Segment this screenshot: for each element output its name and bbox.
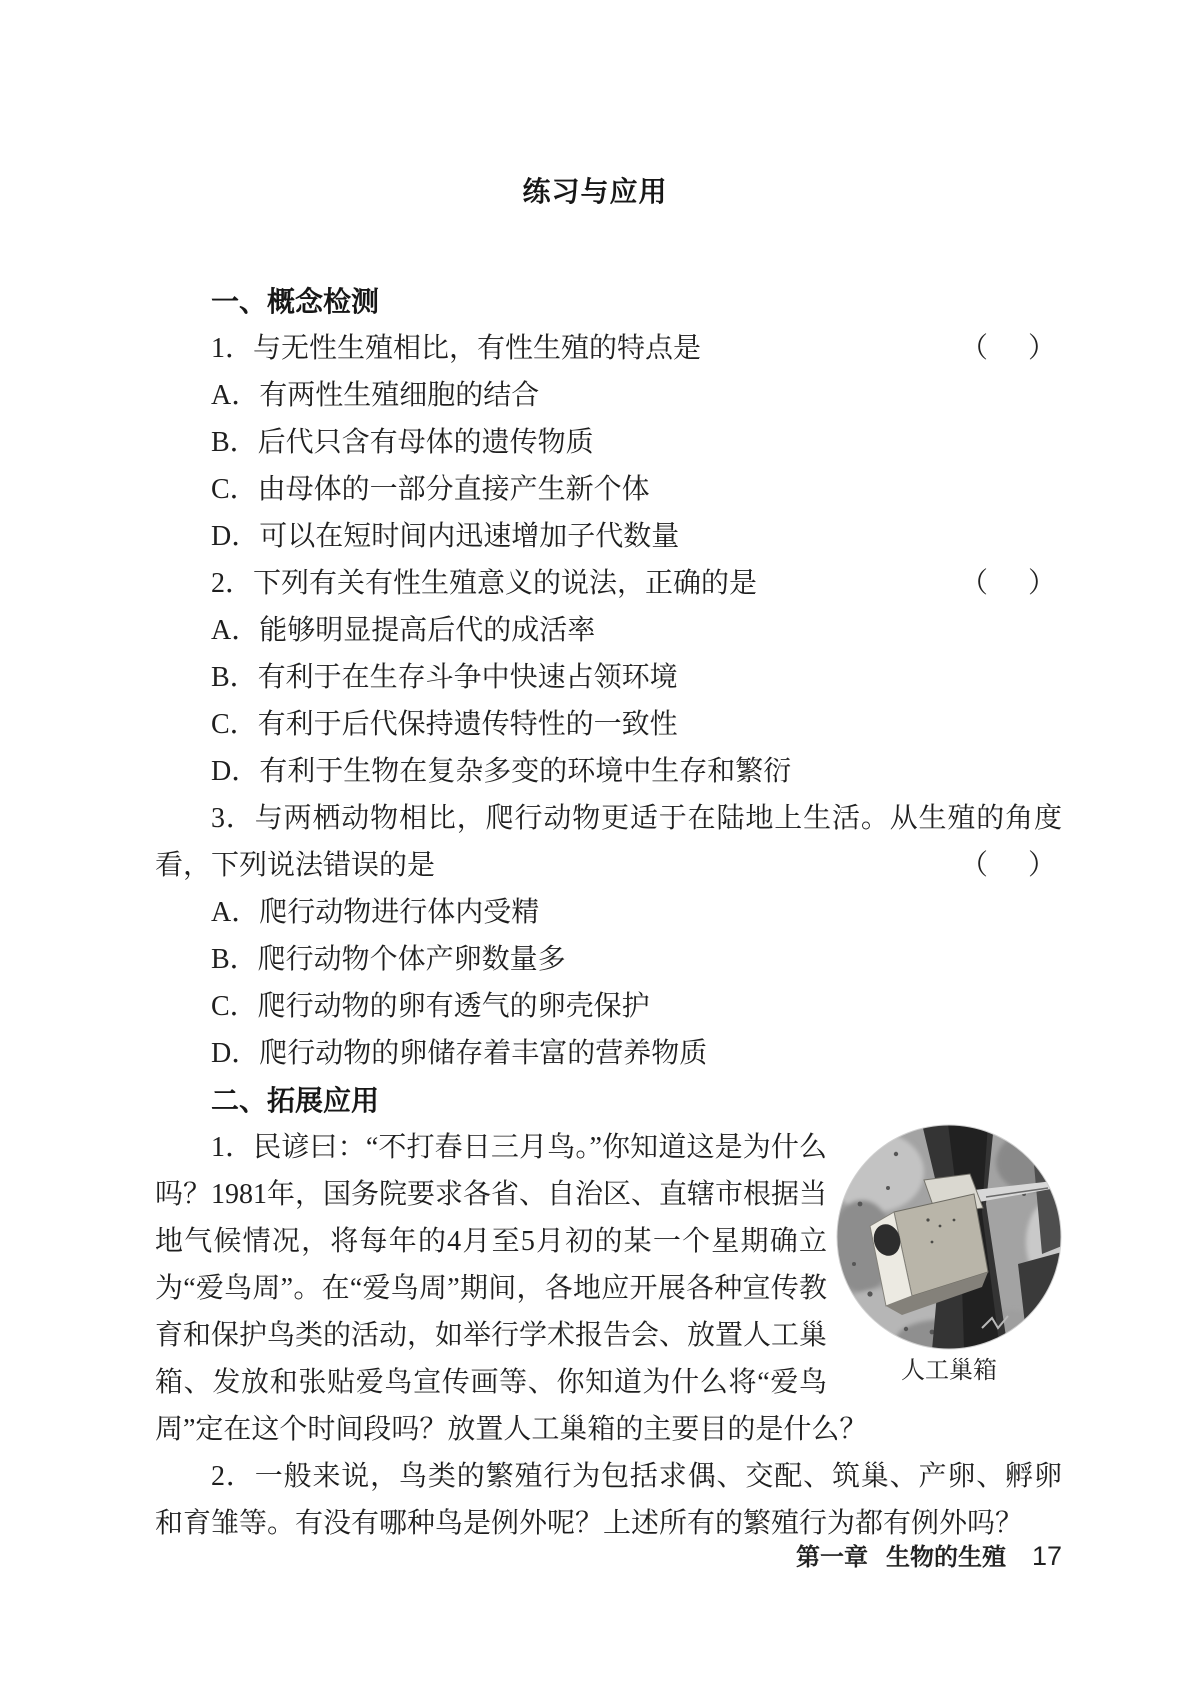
figure-caption: 人工巢箱 xyxy=(836,1356,1062,1386)
section2-question-1-text: 1．民谚曰：“不打春日三月鸟。”你知道这是为什么吗？1981年，国务院要求各省、… xyxy=(155,1132,867,1445)
question-2-option-c: C．有利于后代保持遗传特性的一致性 xyxy=(155,701,1062,748)
question-1-option-c: C．由母体的一部分直接产生新个体 xyxy=(155,466,1062,513)
textbook-page: { "title": "练习与应用", "section1": { "headi… xyxy=(0,0,1190,1683)
question-2-answer-bracket: （ ） xyxy=(960,560,1062,607)
nest-box-photo xyxy=(836,1124,1062,1350)
question-1-stem: 1．与无性生殖相比，有性生殖的特点是 xyxy=(155,325,1062,372)
question-3-option-c: C．爬行动物的卵有透气的卵壳保护 xyxy=(155,983,1062,1030)
question-3-option-b: B．爬行动物个体产卵数量多 xyxy=(155,936,1062,983)
question-1-option-a: A．有两性生殖细胞的结合 xyxy=(155,372,1062,419)
question-2-stem: 2．下列有关有性生殖意义的说法，正确的是 xyxy=(155,560,1062,607)
section2-heading: 二、拓展应用 xyxy=(155,1077,1062,1124)
page-content: 一、概念检测 1．与无性生殖相比，有性生殖的特点是 （ ） A．有两性生殖细胞的… xyxy=(155,278,1062,1547)
footer-chapter-number: 第一章 xyxy=(796,1537,868,1572)
question-2-option-d: D．有利于生物在复杂多变的环境中生存和繁衍 xyxy=(155,748,1062,795)
page-title: 练习与应用 xyxy=(0,170,1190,210)
question-3: 3．与两栖动物相比，爬行动物更适于在陆地上生活。从生殖的角度看，下列说法错误的是… xyxy=(155,795,1062,889)
footer-page-number: 17 xyxy=(1032,1541,1062,1572)
footer-chapter-title: 生物的生殖 xyxy=(886,1537,1006,1572)
question-2: 2．下列有关有性生殖意义的说法，正确的是 （ ） xyxy=(155,560,1062,607)
nest-box-figure: 人工巢箱 xyxy=(827,1124,1062,1386)
section2-question-1: 人工巢箱 1．民谚曰：“不打春日三月鸟。”你知道这是为什么吗？1981年，国务院… xyxy=(155,1124,1062,1453)
question-3-option-a: A．爬行动物进行体内受精 xyxy=(155,889,1062,936)
section1-heading: 一、概念检测 xyxy=(155,278,1062,325)
question-3-option-d: D．爬行动物的卵储存着丰富的营养物质 xyxy=(155,1030,1062,1077)
footer-chapter: 第一章 生物的生殖 xyxy=(796,1537,1006,1572)
question-2-option-b: B．有利于在生存斗争中快速占领环境 xyxy=(155,654,1062,701)
question-3-stem: 3．与两栖动物相比，爬行动物更适于在陆地上生活。从生殖的角度看，下列说法错误的是 xyxy=(155,795,1062,889)
page-footer: 第一章 生物的生殖 17 xyxy=(155,1537,1062,1572)
question-1-option-d: D．可以在短时间内迅速增加子代数量 xyxy=(155,513,1062,560)
section2-question-2: 2．一般来说，鸟类的繁殖行为包括求偶、交配、筑巢、产卵、孵卵和育雏等。有没有哪种… xyxy=(155,1453,1062,1547)
question-2-option-a: A．能够明显提高后代的成活率 xyxy=(155,607,1062,654)
question-1-option-b: B．后代只含有母体的遗传物质 xyxy=(155,419,1062,466)
question-1-answer-bracket: （ ） xyxy=(960,325,1062,372)
question-1: 1．与无性生殖相比，有性生殖的特点是 （ ） xyxy=(155,325,1062,372)
question-3-answer-bracket: （ ） xyxy=(960,842,1062,889)
